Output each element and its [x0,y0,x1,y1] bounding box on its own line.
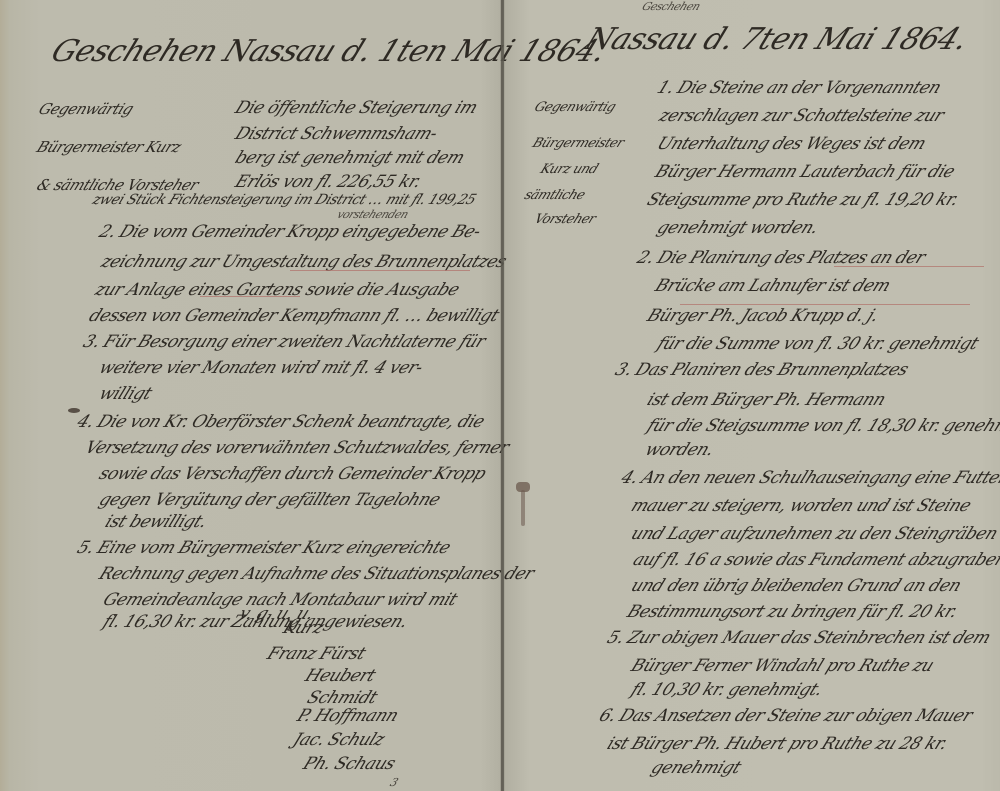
right-line: worden. [642,440,717,460]
right-line: und den übrig bleibenden Grund an den [628,576,964,596]
left-line: Versetzung des vorerwähnten Schutzwaldes… [82,438,512,458]
right-line: ist Bürger Ph. Hubert pro Ruthe zu 28 kr… [604,734,950,754]
right-line: 6. Das Ansetzen der Steine zur obigen Ma… [596,706,975,726]
right-line: 2. Die Planirung des Platzes an der [634,248,928,268]
right-line: zerschlagen zur Schottelsteine zur [656,106,947,126]
right-line: für die Steigsumme von fl. 18,30 kr. gen… [644,416,1000,436]
left-margin-line: Bürgermeister Kurz [34,138,184,156]
left-line: District Schwemmsham- [232,124,440,144]
right-margin-line: Kurz und [538,162,600,177]
ink-stain-drip [521,490,525,526]
right-page-heading: Nassau d. 7ten Mai 1864. [580,22,973,57]
left-line: willigt [96,384,155,404]
left-line: zwei Stück Fichtensteigerung im District… [90,192,478,208]
left-line: Erlös von fl. 226,55 kr. [232,172,424,192]
left-line: ist bewilligt. [102,512,210,532]
book-spread: Geschehen Nassau d. 1ten Mai 1864. Gegen… [0,0,1000,791]
right-line: 5. Zur obigen Mauer das Steinbrechen ist… [604,628,993,648]
signature: Kurz [280,618,326,638]
signature: Franz Fürst [264,644,368,664]
right-line: Bürger Hermann Lauterbach für die [652,162,958,182]
left-line: gegen Vergütung der gefällten Tagelohne [96,490,443,510]
right-line: Bürger Ph. Jacob Krupp d. j. [644,306,882,326]
right-line: Bürger Ferner Windahl pro Ruthe zu [628,656,937,676]
right-line: und Lager aufzunehmen zu den Steingräben [628,524,1000,544]
right-line: 1. Die Steine an der Vorgenannten [654,78,944,98]
left-line: Die öffentliche Steigerung im [232,98,480,118]
signature: Heubert [302,666,378,686]
red-underline [200,296,300,297]
right-line: Steigsumme pro Ruthe zu fl. 19,20 kr. [644,190,961,210]
red-underline [834,266,984,267]
left-line: Rechnung gegen Aufnahme des Situationspl… [96,564,537,584]
signature: P. Hoffmann [294,706,401,726]
right-margin-line: Bürgermeister [530,136,626,151]
right-line: für die Summe von fl. 30 kr. genehmigt [654,334,981,354]
ink-blot [68,408,80,413]
signature: Ph. Schaus [300,754,398,774]
right-line: genehmigt [648,758,744,778]
left-line: weitere vier Monaten wird mit fl. 4 ver- [96,358,426,378]
left-line: 3. Für Besorgung einer zweiten Nachtlate… [80,332,488,352]
left-line: zur Anlage eines Gartens sowie die Ausga… [92,280,462,300]
right-page: Geschehen Nassau d. 7ten Mai 1864. Gegen… [504,0,1000,791]
left-line: sowie das Verschaffen durch Gemeinder Kr… [96,464,489,484]
right-line: 3. Das Planiren des Brunnenplatzes [612,360,911,380]
red-underline [680,304,970,305]
right-margin-line: sämtliche [522,188,587,203]
right-line: Brücke am Lahnufer ist dem [652,276,893,296]
left-line: berg ist genehmigt mit dem [232,148,467,168]
right-line: Bestimmungsort zu bringen für fl. 20 kr. [624,602,960,622]
right-margin-line: Vorsteher [532,212,598,227]
heading-insert: Geschehen [640,0,702,13]
left-line: 2. Die vom Gemeinder Kropp eingegebene B… [96,222,484,242]
left-page: Geschehen Nassau d. 1ten Mai 1864. Gegen… [0,0,501,791]
right-line: ist dem Bürger Ph. Hermann [644,390,888,410]
left-line: 5. Eine vom Bürgermeister Kurz eingereic… [74,538,453,558]
right-margin-label: Gegenwärtig [532,100,618,115]
left-line: dessen von Gemeinder Kempfmann fl. … bew… [86,306,502,326]
page-mark: 3 [388,776,400,789]
right-line: Unterhaltung des Weges ist dem [654,134,929,154]
right-line: 4. An den neuen Schulhauseingang eine Fu… [618,468,1000,488]
left-line: zeichnung zur Umgestaltung des Brunnenpl… [98,252,509,272]
left-margin-label: Gegenwärtig [36,100,136,118]
signature: Jac. Schulz [290,730,387,750]
red-underline [290,270,470,271]
right-line: mauer zu steigern, worden und ist Steine [628,496,974,516]
right-line: auf fl. 16 a sowie das Fundament abzugra… [630,550,1000,570]
right-line: fl. 10,30 kr. genehmigt. [628,680,826,700]
left-line-insert: vorstehenden [335,208,410,221]
right-line: genehmigt worden. [654,218,821,238]
signature: Schmidt [304,688,380,708]
left-line: 4. Die von Kr. Oberförster Schenk beantr… [74,412,487,432]
